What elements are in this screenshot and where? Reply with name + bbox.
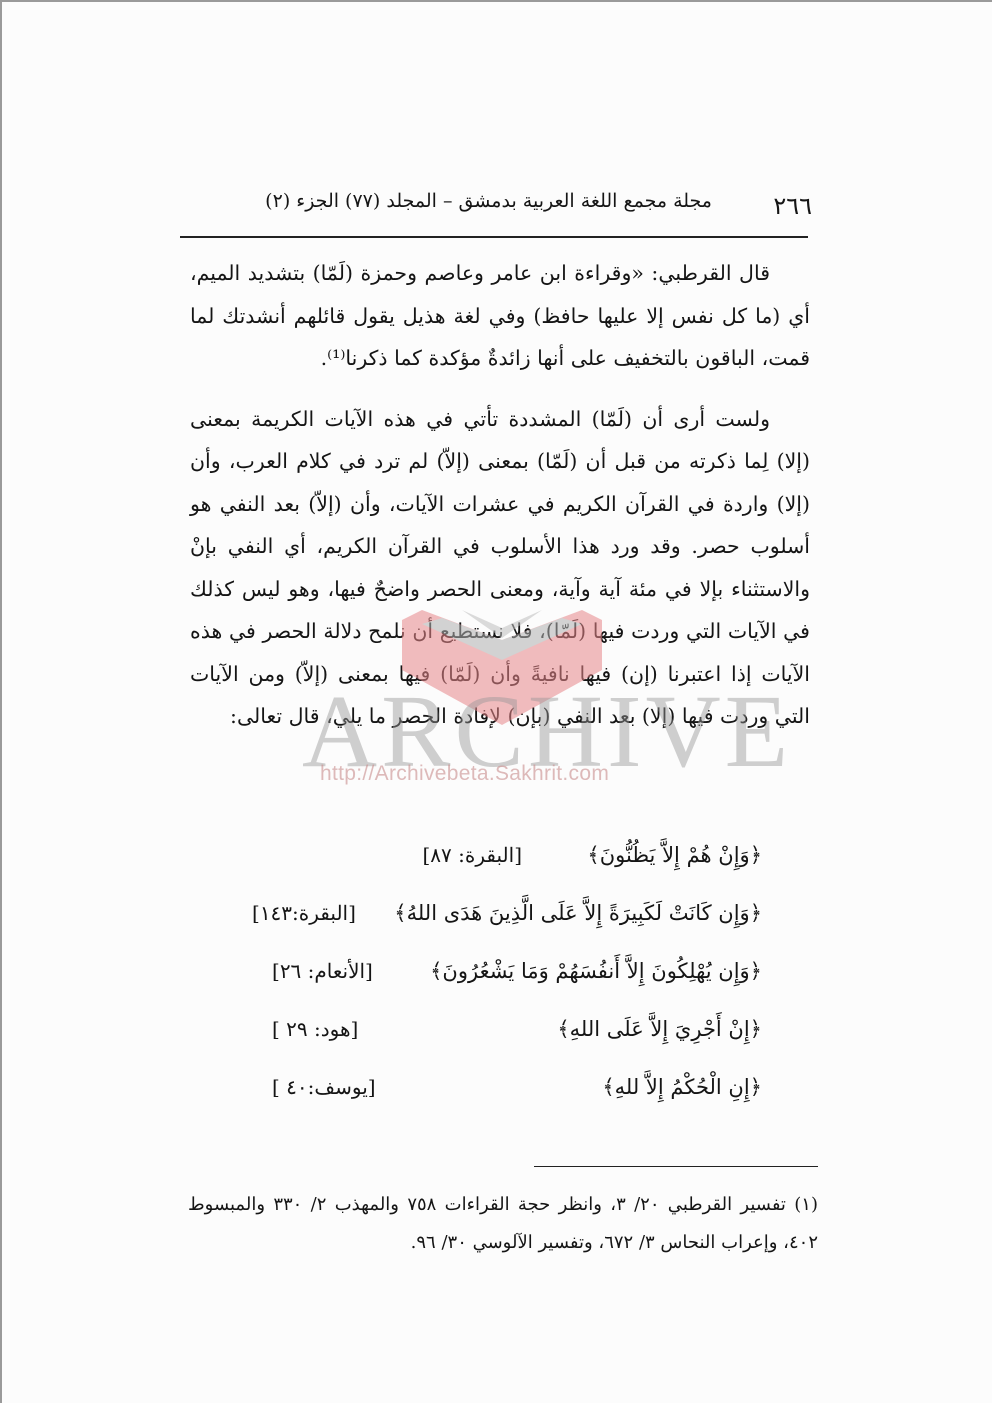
verse-reference: [هود: ٢٩ ] xyxy=(272,1017,358,1041)
verse-item: ﴿وَإِنْ هُمْ إِلاَّ يَظُنُّونَ﴾ [البقرة:… xyxy=(262,837,762,895)
footnote-rule xyxy=(534,1166,818,1167)
verse-item: ﴿إِنِ الْحُكْمُ إِلاَّ للهِ﴾ [يوسف:٤٠ ] xyxy=(262,1069,762,1127)
verse-text: ﴿وَإِنْ هُمْ إِلاَّ يَظُنُّونَ﴾ xyxy=(587,843,762,867)
verse-text: ﴿إِنِ الْحُكْمُ إِلاَّ للهِ﴾ xyxy=(602,1075,762,1099)
paragraph-argument: ولست أرى أن (لَمّا) المشددة تأتي في هذه … xyxy=(190,398,810,738)
page-header: ٢٦٦ مجلة مجمع اللغة العربية بدمشق – المج… xyxy=(182,188,812,228)
verse-reference: [البقرة:١٤٣] xyxy=(252,901,356,925)
verse-text: ﴿وَإِن كَانَتْ لَكَبِيرَةً إِلاَّ عَلَى … xyxy=(394,901,762,925)
verse-text: ﴿إِنْ أَجْرِيَ إِلاَّ عَلَى اللهِ﴾ xyxy=(557,1017,762,1041)
verse-item: ﴿وَإِن يُهْلِكُونَ إِلاَّ أَنفُسَهُمْ وَ… xyxy=(262,953,762,1011)
verse-item: ﴿إِنْ أَجْرِيَ إِلاَّ عَلَى اللهِ﴾ [هود:… xyxy=(262,1011,762,1069)
running-title: مجلة مجمع اللغة العربية بدمشق – المجلد (… xyxy=(265,190,712,212)
page-number: ٢٦٦ xyxy=(773,192,812,220)
verse-item: ﴿وَإِن كَانَتْ لَكَبِيرَةً إِلاَّ عَلَى … xyxy=(262,895,762,953)
verse-reference: [البقرة: ٨٧] xyxy=(422,843,522,867)
verse-text: ﴿وَإِن يُهْلِكُونَ إِلاَّ أَنفُسَهُمْ وَ… xyxy=(430,959,762,983)
paragraph-qurtubi-quote: قال القرطبي: «وقراءة ابن عامر وعاصم وحمز… xyxy=(190,252,810,380)
footnote-1: (١) تفسير القرطبي ٢٠/ ٣، وانظر حجة القرا… xyxy=(188,1186,818,1262)
header-rule xyxy=(180,236,808,238)
verse-reference: [يوسف:٤٠ ] xyxy=(272,1075,376,1099)
watermark-url: http://Archivebeta.Sakhrit.com xyxy=(320,762,609,786)
body-text: قال القرطبي: «وقراءة ابن عامر وعاصم وحمز… xyxy=(190,252,810,738)
verse-reference: [الأنعام: ٢٦] xyxy=(272,959,373,983)
verse-list: ﴿وَإِنْ هُمْ إِلاَّ يَظُنُّونَ﴾ [البقرة:… xyxy=(262,837,762,1127)
document-page: ٢٦٦ مجلة مجمع اللغة العربية بدمشق – المج… xyxy=(0,0,992,1403)
footnotes: (١) تفسير القرطبي ٢٠/ ٣، وانظر حجة القرا… xyxy=(188,1186,818,1262)
